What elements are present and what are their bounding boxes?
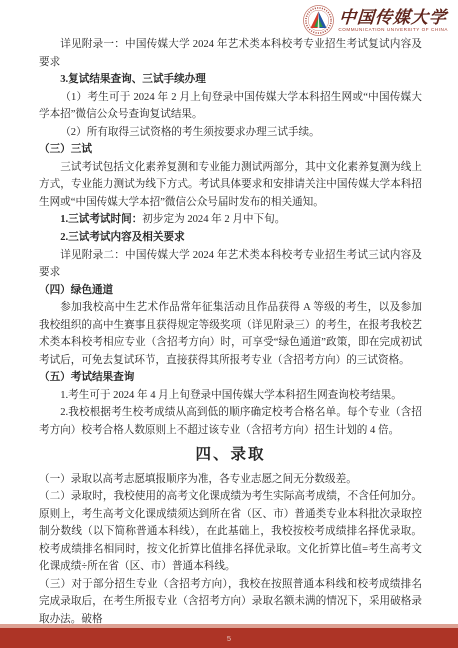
sub-heading: （四）绿色通道 (39, 282, 422, 300)
paragraph: 1.三试考试时间：初步定为 2024 年 2 月中下旬。 (39, 211, 422, 229)
paragraph: （一）录取以高考志愿填报顺序为准，各专业志愿之间无分数级差。 (39, 471, 422, 489)
paragraph: 2.三试考试内容及相关要求 (39, 229, 422, 247)
sub-heading: （三）三试 (39, 141, 422, 159)
university-name-en: COMMUNICATION UNIVERSITY OF CHINA (338, 28, 448, 33)
logo-wordmark: 中国传媒大学 COMMUNICATION UNIVERSITY OF CHINA (338, 9, 448, 33)
paragraph: 1.考生可于 2024 年 4 月上旬登录中国传媒大学本科招生网查询校考结果。 (39, 387, 422, 405)
document-page: { "logo": { "name_zh": "中国传媒大学", "name_e… (0, 0, 458, 648)
document-content: 详见附录一：中国传媒大学 2024 年艺术类本科校考专业招生考试复试内容及要求3… (39, 36, 422, 629)
section-title: 四、录取 (39, 444, 422, 466)
paragraph: （三）对于部分招生专业（含招考方向），我校在按照普通本科线和校考成绩排名完成录取… (39, 576, 422, 629)
paragraph: 2.我校根据考生校考成绩从高到低的顺序确定校考合格名单。每个专业（含招考方向）校… (39, 404, 422, 439)
university-name-zh: 中国传媒大学 (339, 9, 448, 26)
footer-bar: 5 (0, 628, 458, 648)
paragraph: 参加我校高中生艺术作品常年征集活动且作品获得 A 等级的考生，以及参加我校组织的… (39, 299, 422, 369)
paragraph: 三试考试包括文化素养复测和专业能力测试两部分，其中文化素养复测为线上方式，专业能… (39, 159, 422, 212)
page-number: 5 (227, 634, 231, 643)
paragraph: 详见附录二：中国传媒大学 2024 年艺术类本科校考专业招生考试三试内容及要求 (39, 247, 422, 282)
paragraph: 3.复试结果查询、三试手续办理 (39, 71, 422, 89)
university-emblem-icon (303, 5, 334, 36)
paragraph: （二）录取时，我校使用的高考文化课成绩为考生实际高考成绩，不含任何加分。原则上，… (39, 488, 422, 576)
university-logo: 中国传媒大学 COMMUNICATION UNIVERSITY OF CHINA (303, 5, 448, 36)
paragraph: 详见附录一：中国传媒大学 2024 年艺术类本科校考专业招生考试复试内容及要求 (39, 36, 422, 71)
paragraph: （1）考生可于 2024 年 2 月上旬登录中国传媒大学本科招生网或“中国传媒大… (39, 89, 422, 124)
paragraph: （2）所有取得三试资格的考生须按要求办理三试手续。 (39, 124, 422, 142)
sub-heading: （五）考试结果查询 (39, 369, 422, 387)
